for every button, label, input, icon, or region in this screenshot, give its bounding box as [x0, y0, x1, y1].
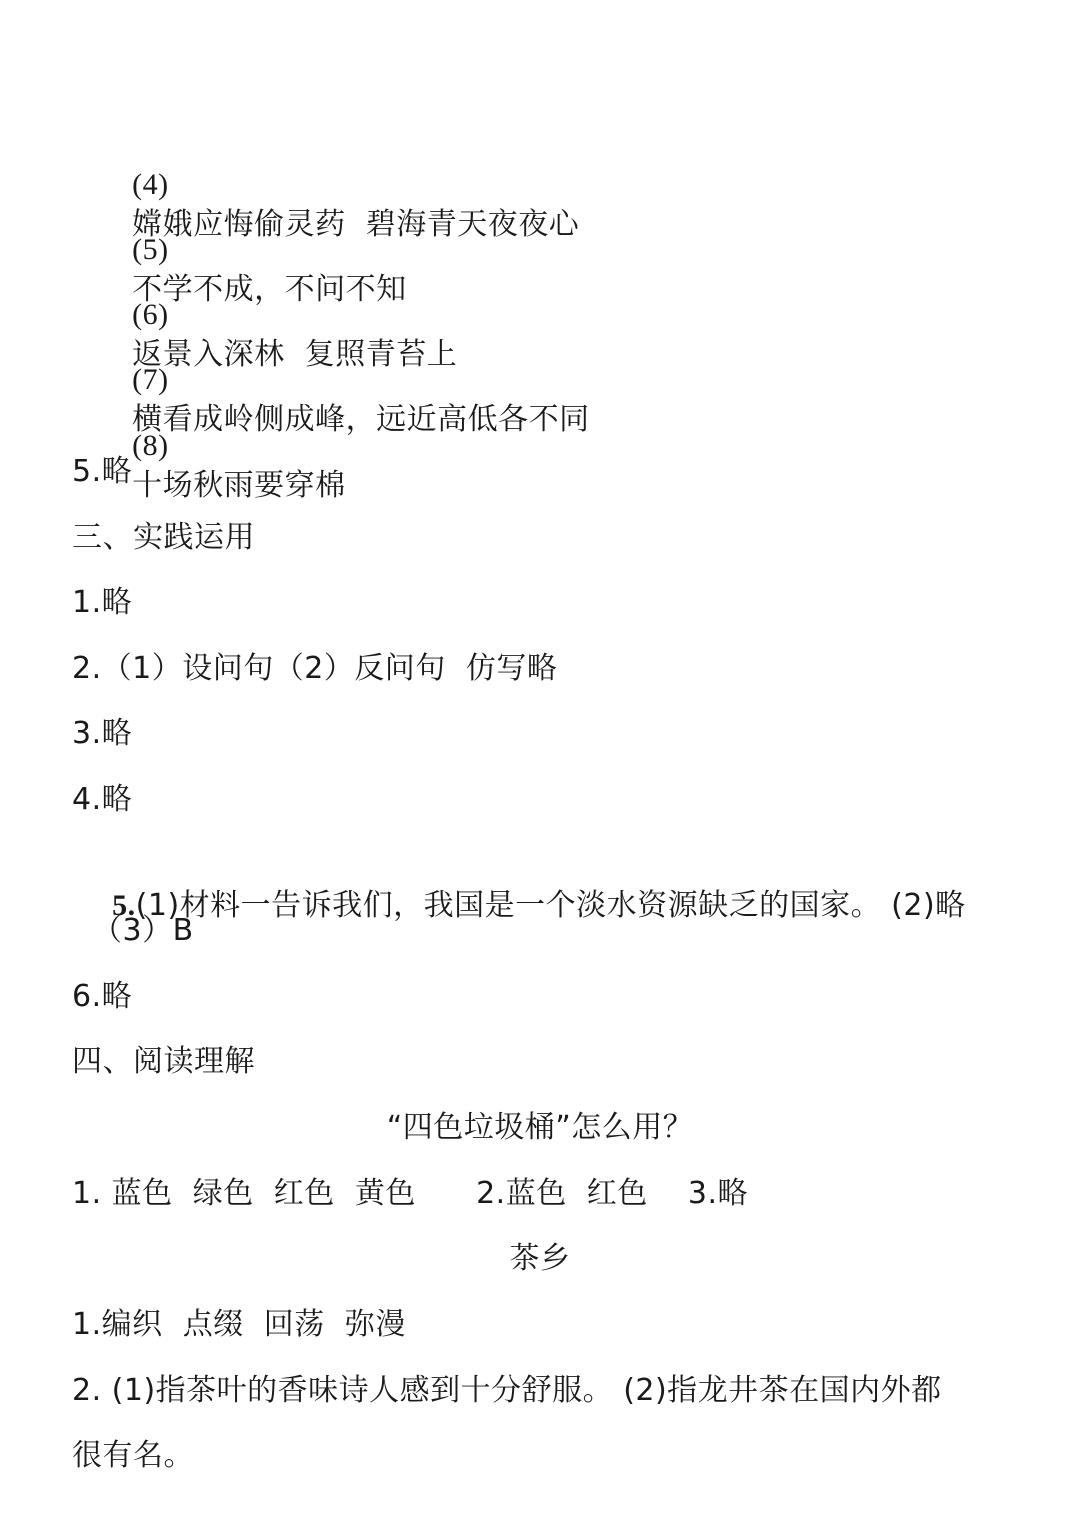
practice-item-5: 5.(1)材料一告诉我们，我国是一个淡水资源缺乏的国家。 (2)略: [72, 846, 966, 966]
passage-2-answer-2: 2. (1)指茶叶的香味诗人感到十分舒服。 (2)指龙井茶在国内外都: [72, 1371, 942, 1411]
practice-item-5-continuation: （3）B: [92, 911, 194, 951]
section-heading-practice: 三、实践运用: [72, 518, 255, 558]
passage-title-trash-bins: “四色垃圾桶”怎么用？: [0, 1108, 1080, 1148]
practice-item-6: 6.略: [72, 977, 132, 1017]
practice-item-1: 1.略: [72, 583, 132, 623]
passage-2-answer-2-continuation: 很有名。: [72, 1436, 194, 1476]
answer-key-page: (4) 嫦娥应悔偷灵药 碧海青天夜夜心 (5) 不学不成，不问不知 (6) 返景…: [0, 0, 1080, 1527]
section-heading-reading: 四、阅读理解: [72, 1042, 255, 1082]
passage-1-answers: 1. 蓝色 绿色 红色 黄色 2.蓝色 红色 3.略: [72, 1174, 748, 1214]
passage-title-tea-village: 茶乡: [0, 1239, 1080, 1279]
item-5-omitted: 5.略: [72, 452, 132, 492]
practice-item-3: 3.略: [72, 714, 132, 754]
item-text: (1)材料一告诉我们，我国是一个淡水资源缺乏的国家。 (2)略: [136, 888, 966, 923]
answer-number: (8): [132, 429, 168, 462]
practice-item-2: 2.（1）设问句（2）反问句 仿写略: [72, 649, 557, 689]
answer-text: 十场秋雨要穿棉: [132, 468, 346, 503]
practice-item-4: 4.略: [72, 780, 132, 820]
passage-2-answer-1: 1.编织 点缀 回荡 弥漫: [72, 1305, 406, 1345]
